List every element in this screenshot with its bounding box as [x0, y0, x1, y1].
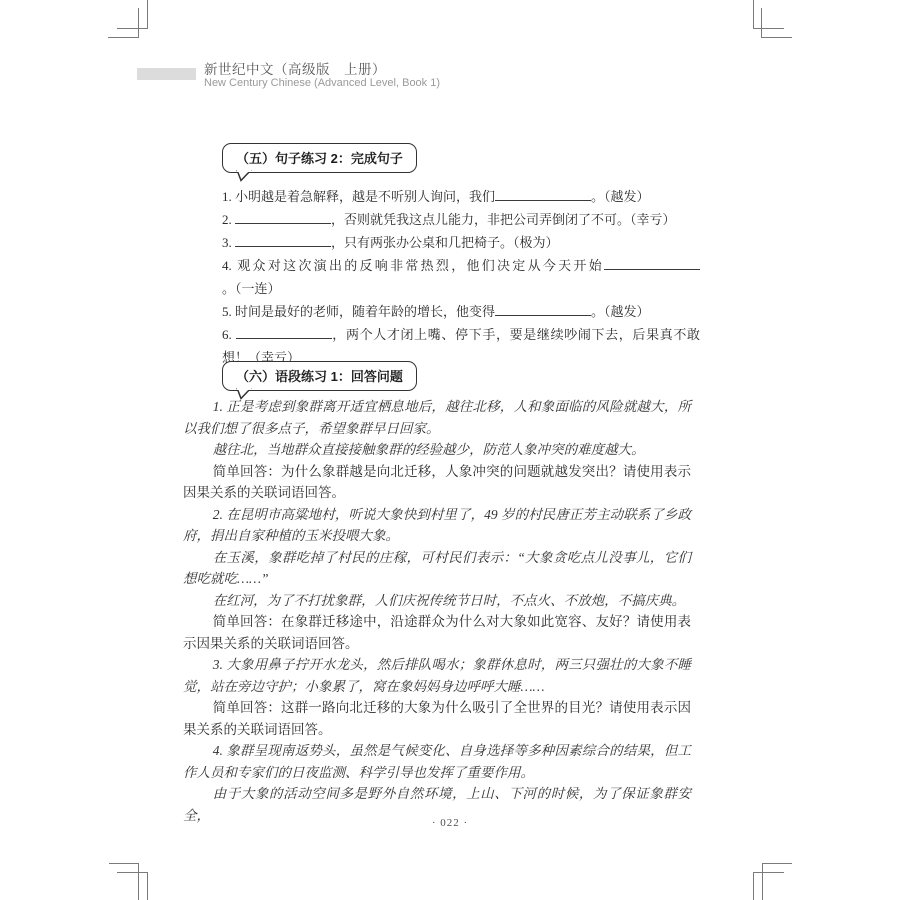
page-number: · 022 ·	[0, 817, 900, 829]
passage-paragraph-1: 1. 正是考虑到象群离开适宜栖息地后，越往北移，人和象面临的风险就越大，所以我们…	[183, 396, 691, 439]
book-page: 新世纪中文（高级版 上册） New Century Chinese (Advan…	[0, 0, 900, 900]
passage-paragraph-4: 2. 在昆明市高粱地村，听说大象快到村里了，49 岁的村民唐正芳主动联系了乡政府…	[183, 504, 691, 547]
crop-mark-bottom-left-inner	[117, 872, 148, 900]
sentence-item-3: 3. ，只有两张办公桌和几把椅子。（极为）	[222, 231, 700, 254]
crop-mark-top-right-inner	[761, 8, 792, 38]
section-six-heading: （六）语段练习 1：回答问题	[222, 361, 417, 391]
sentence-item-2: 2. ，否则就凭我这点儿能力，非把公司弄倒闭了不可。（幸亏）	[222, 208, 700, 231]
sentence-item-4: 4. 观众对这次演出的反响非常热烈，他们决定从今天开始。（一连）	[222, 254, 700, 300]
passage-paragraph-2: 越往北，当地群众直接接触象群的经验越少，防范人象冲突的难度越大。	[183, 439, 691, 461]
passage-paragraphs: 1. 正是考虑到象群离开适宜栖息地后，越往北移，人和象面临的风险就越大，所以我们…	[183, 396, 691, 826]
fill-in-blank	[235, 211, 331, 224]
book-title-english: New Century Chinese (Advanced Level, Boo…	[204, 77, 440, 89]
sentence-exercise-list: 1. 小明越是着急解释，越是不听别人询问，我们。（越发）2. ，否则就凭我这点儿…	[222, 185, 700, 369]
passage-paragraph-7: 简单回答：在象群迁移途中，沿途群众为什么对大象如此宽容、友好？请使用表示因果关系…	[183, 611, 691, 654]
header-accent-bar	[137, 68, 196, 80]
fill-in-blank	[604, 257, 700, 270]
section-five-heading-label: （五）句子练习 2：完成句子	[236, 151, 403, 166]
fill-in-blank	[495, 303, 591, 316]
fill-in-blank	[236, 326, 332, 339]
sentence-item-5: 5. 时间是最好的老师，随着年龄的增长，他变得。（越发）	[222, 300, 700, 323]
section-five-heading: （五）句子练习 2：完成句子	[222, 143, 417, 173]
section-six-heading-label: （六）语段练习 1：回答问题	[236, 369, 403, 384]
passage-paragraph-9: 简单回答：这群一路向北迁移的大象为什么吸引了全世界的目光？请使用表示因果关系的关…	[183, 697, 691, 740]
book-title-chinese: 新世纪中文（高级版 上册）	[204, 58, 386, 78]
passage-paragraph-8: 3. 大象用鼻子拧开水龙头，然后排队喝水；象群休息时，两三只强壮的大象不睡觉，站…	[183, 654, 691, 697]
passage-paragraph-5: 在玉溪，象群吃掉了村民的庄稼，可村民们表示：“大象贪吃点儿没事儿，它们想吃就吃……	[183, 547, 691, 590]
passage-paragraph-10: 4. 象群呈现南返势头，虽然是气候变化、自身选择等多种因素综合的结果，但工作人员…	[183, 740, 691, 783]
sentence-item-1: 1. 小明越是着急解释，越是不听别人询问，我们。（越发）	[222, 185, 700, 208]
passage-paragraph-6: 在红河，为了不打扰象群，人们庆祝传统节日时，不点火、不放炮，不搞庆典。	[183, 590, 691, 612]
fill-in-blank	[235, 234, 331, 247]
crop-mark-top-left-inner	[108, 8, 139, 38]
passage-paragraph-3: 简单回答：为什么象群越是向北迁移，人象冲突的问题就越发突出？请使用表示因果关系的…	[183, 461, 691, 504]
fill-in-blank	[495, 188, 591, 201]
crop-mark-bottom-right-inner	[753, 872, 784, 900]
bubble-tail-icon	[235, 170, 253, 182]
